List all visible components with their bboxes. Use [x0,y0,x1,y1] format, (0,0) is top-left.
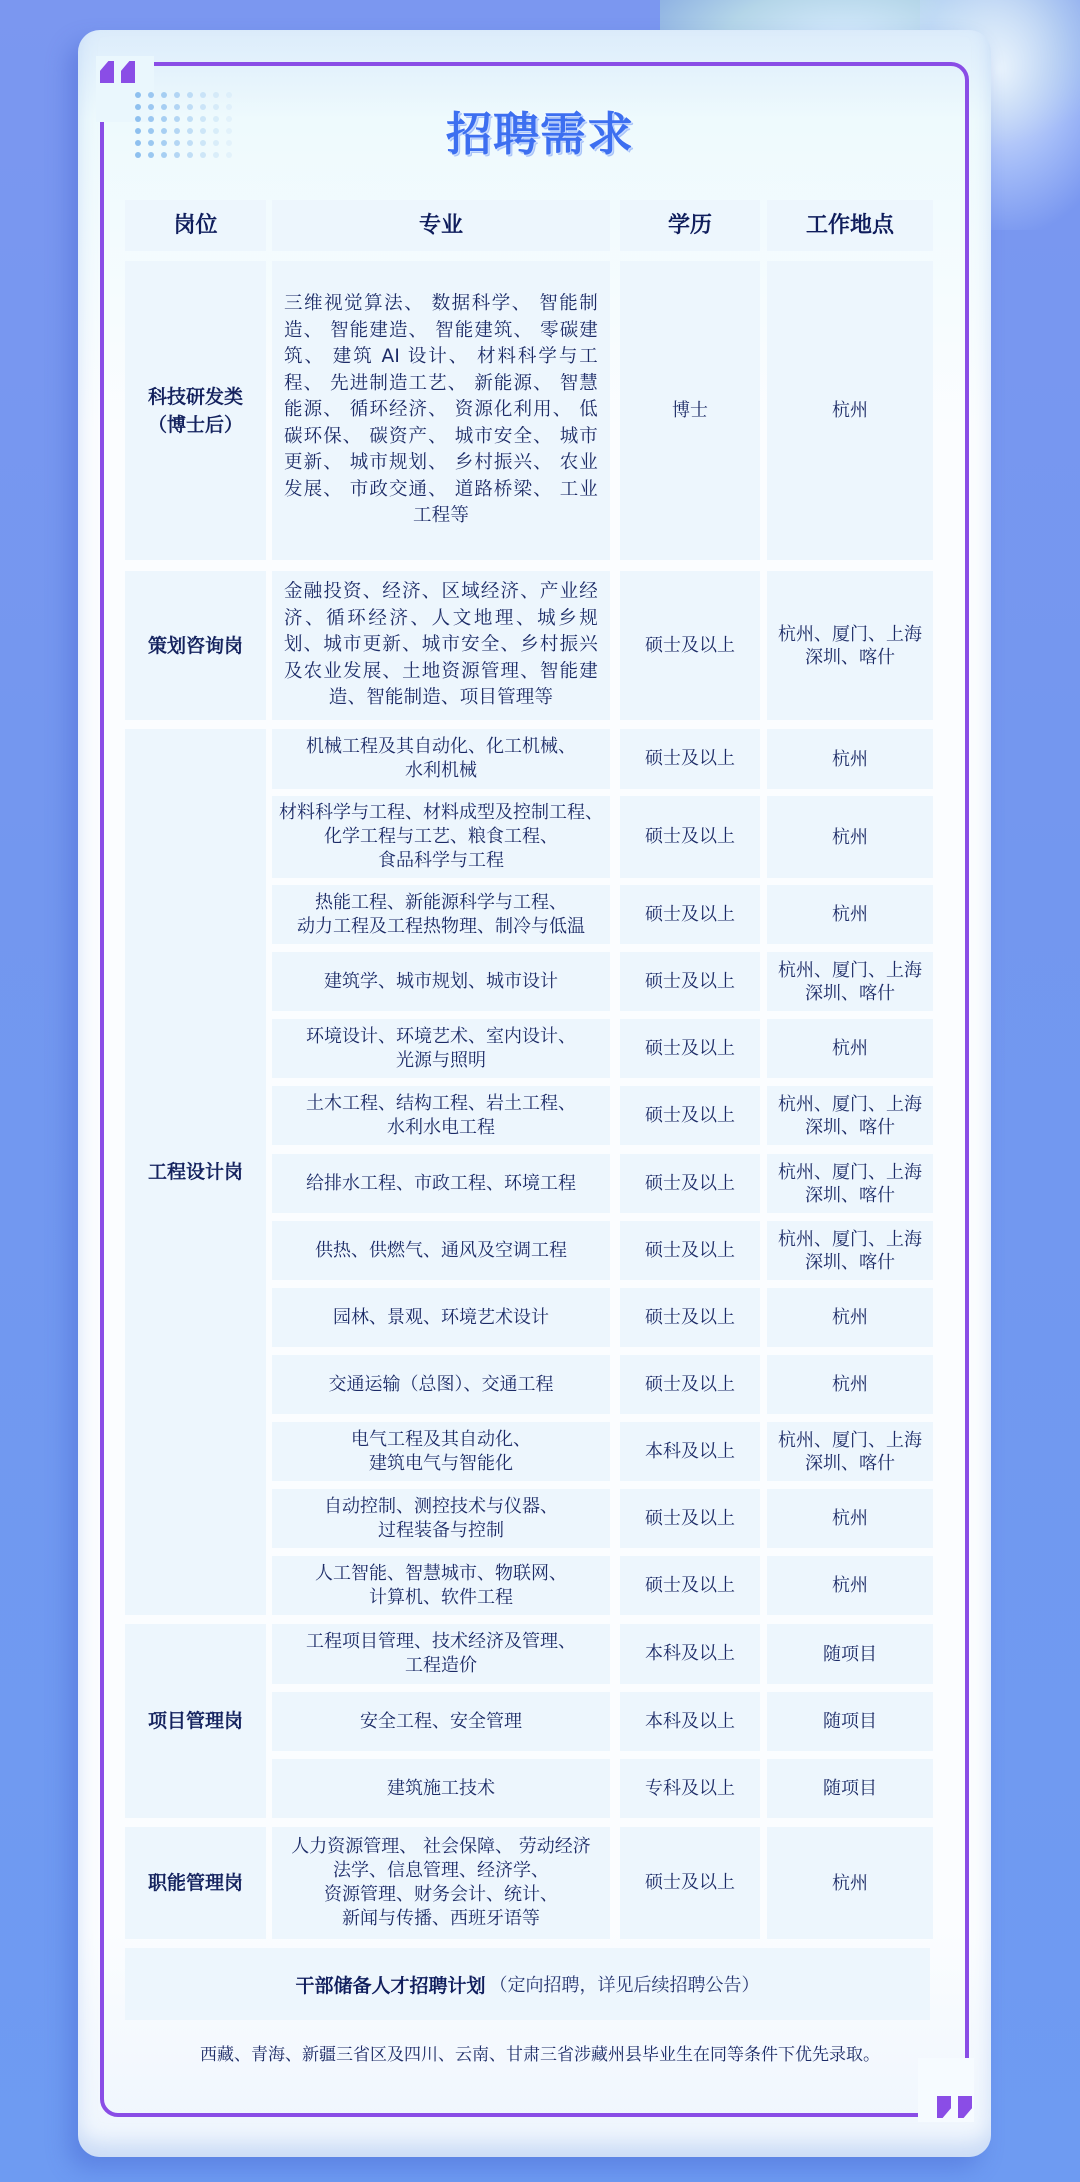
location-cell: 杭州、厦门、上海深圳、喀什 [767,952,933,1011]
table-header-major: 专业 [272,200,610,251]
location-cell: 杭州、厦门、上海深圳、喀什 [767,1154,933,1213]
location-cell: 杭州 [767,1288,933,1347]
location-cell: 随项目 [767,1624,933,1684]
cell-text-line: 建筑施工技术 [387,1777,495,1801]
cell-text-line: 法学、信息管理、经济学、 [291,1859,590,1883]
education-cell: 硕士及以上 [620,1355,760,1414]
cell-text-line: 杭州、厦门、上海 [778,1429,922,1452]
cell-text-line: 光源与照明 [306,1049,576,1073]
cell-text-line: 土木工程、结构工程、岩土工程、 [306,1092,576,1116]
cell-text-line: 工程项目管理、技术经济及管理、 [306,1630,576,1654]
cell-text-line: 杭州 [832,1373,868,1396]
cell-text-line: 杭州、厦门、上海 [778,623,922,646]
education-cell: 专科及以上 [620,1759,760,1818]
major-cell: 给排水工程、市政工程、环境工程 [272,1154,610,1213]
cadre-plan-row: 干部储备人才招聘计划 （定向招聘，详见后续招聘公告） [125,1948,930,2020]
position-cell: 策划咨询岗 [125,571,266,720]
education-cell: 硕士及以上 [620,1489,760,1548]
education-cell: 硕士及以上 [620,1154,760,1213]
cell-text-line: 动力工程及工程热物理、制冷与低温 [297,915,585,939]
location-cell: 杭州、厦门、上海深圳、喀什 [767,571,933,720]
cell-text-line: 杭州 [832,1306,868,1329]
major-cell: 三维视觉算法、 数据科学、 智能制造、 智能建造、 智能建筑、 零碳建筑、 建筑… [272,261,610,560]
education-cell: 硕士及以上 [620,1827,760,1939]
cell-text-line: 杭州 [832,903,868,926]
cadre-plan-note: （定向招聘，详见后续招聘公告） [490,1971,760,1997]
cell-text-line: 材料科学与工程、材料成型及控制工程、 [279,801,603,825]
cell-text-line: 交通运输（总图）、交通工程 [329,1373,554,1397]
location-cell: 随项目 [767,1692,933,1751]
table-header-location: 工作地点 [767,200,933,251]
cell-text-line: 新闻与传播、西班牙语等 [291,1907,590,1931]
education-cell: 硕士及以上 [620,729,760,789]
major-cell: 材料科学与工程、材料成型及控制工程、化学工程与工艺、粮食工程、食品科学与工程 [272,796,610,878]
cell-text-line: 机械工程及其自动化、化工机械、 [306,735,576,759]
location-cell: 杭州、厦门、上海深圳、喀什 [767,1221,933,1280]
table-header-education: 学历 [620,200,760,251]
major-cell: 金融投资、经济、区域经济、产业经济、循环经济、人文地理、城乡规划、城市更新、城市… [272,571,610,720]
cell-text-line: 食品科学与工程 [279,849,603,873]
cell-text-line: 杭州 [832,1872,868,1895]
cell-text-line: 电气工程及其自动化、 [351,1428,531,1452]
education-cell: 本科及以上 [620,1692,760,1751]
location-cell: 杭州 [767,1556,933,1615]
major-cell: 机械工程及其自动化、化工机械、水利机械 [272,729,610,789]
location-cell: 杭州 [767,729,933,789]
education-cell: 硕士及以上 [620,571,760,720]
location-cell: 杭州 [767,1355,933,1414]
location-cell: 杭州 [767,1019,933,1078]
location-cell: 杭州、厦门、上海深圳、喀什 [767,1422,933,1481]
cell-text-line: 深圳、喀什 [778,1184,922,1207]
cell-text-line: 安全工程、安全管理 [360,1710,522,1734]
cell-text-line: 杭州、厦门、上海 [778,1228,922,1251]
major-cell: 园林、景观、环境艺术设计 [272,1288,610,1347]
cell-text-line: 杭州、厦门、上海 [778,1093,922,1116]
education-cell: 本科及以上 [620,1624,760,1684]
education-cell: 硕士及以上 [620,1019,760,1078]
position-cell: 工程设计岗 [125,729,266,1615]
position-cell: 项目管理岗 [125,1624,266,1818]
location-cell: 随项目 [767,1759,933,1818]
major-cell: 环境设计、环境艺术、室内设计、光源与照明 [272,1019,610,1078]
cell-text-line: 环境设计、环境艺术、室内设计、 [306,1025,576,1049]
cell-text-line: 杭州、厦门、上海 [778,1161,922,1184]
cell-text-line: 深圳、喀什 [778,646,922,669]
location-cell: 杭州 [767,796,933,878]
cell-text-line: 给排水工程、市政工程、环境工程 [306,1172,576,1196]
cell-text-line: 随项目 [823,1643,877,1666]
cell-text-line: 热能工程、新能源科学与工程、 [297,891,585,915]
education-cell: 硕士及以上 [620,1221,760,1280]
cell-text-line: 科技研发类 [148,383,243,411]
major-cell: 安全工程、安全管理 [272,1692,610,1751]
cell-text-line: （博士后） [148,411,243,439]
cell-text-line: 工程造价 [306,1654,576,1678]
cell-text-line: 杭州 [832,1507,868,1530]
position-cell: 科技研发类（博士后） [125,261,266,560]
cell-text-line: 化学工程与工艺、粮食工程、 [279,825,603,849]
page-title: 招聘需求 [0,98,1080,164]
education-cell: 硕士及以上 [620,796,760,878]
major-cell: 工程项目管理、技术经济及管理、工程造价 [272,1624,610,1684]
position-cell: 职能管理岗 [125,1827,266,1939]
education-cell: 硕士及以上 [620,1556,760,1615]
education-cell: 本科及以上 [620,1422,760,1481]
cell-text-line: 深圳、喀什 [778,1452,922,1475]
major-cell: 交通运输（总图）、交通工程 [272,1355,610,1414]
education-cell: 硕士及以上 [620,1288,760,1347]
table-header-position: 岗位 [125,200,266,251]
cell-text-line: 人工智能、智慧城市、物联网、 [315,1562,567,1586]
cell-text-line: 杭州 [832,1037,868,1060]
cell-text-line: 水利水电工程 [306,1116,576,1140]
cell-text-line: 深圳、喀什 [778,1251,922,1274]
education-cell: 博士 [620,261,760,560]
education-cell: 硕士及以上 [620,885,760,944]
cell-text-line: 杭州、厦门、上海 [778,959,922,982]
major-cell: 人力资源管理、 社会保障、 劳动经济法学、信息管理、经济学、资源管理、财务会计、… [272,1827,610,1939]
major-cell: 建筑学、城市规划、城市设计 [272,952,610,1011]
location-cell: 杭州 [767,1489,933,1548]
priority-footnote: 西藏、青海、新疆三省区及四川、云南、甘肃三省涉藏州县毕业生在同等条件下优先录取。 [0,2040,1080,2065]
cell-text-line: 深圳、喀什 [778,982,922,1005]
cell-text-line: 园林、景观、环境艺术设计 [333,1306,549,1330]
major-cell: 自动控制、测控技术与仪器、过程装备与控制 [272,1489,610,1548]
cell-text-line: 建筑电气与智能化 [351,1452,531,1476]
major-cell: 供热、供燃气、通风及空调工程 [272,1221,610,1280]
location-cell: 杭州 [767,1827,933,1939]
location-cell: 杭州、厦门、上海深圳、喀什 [767,1086,933,1145]
cell-text-line: 杭州 [832,748,868,771]
major-cell: 人工智能、智慧城市、物联网、计算机、软件工程 [272,1556,610,1615]
cell-text-line: 自动控制、测控技术与仪器、 [324,1495,558,1519]
cell-text-line: 建筑学、城市规划、城市设计 [324,970,558,994]
location-cell: 杭州 [767,885,933,944]
location-cell: 杭州 [767,261,933,560]
cell-text-line: 杭州 [832,1574,868,1597]
education-cell: 硕士及以上 [620,952,760,1011]
major-cell: 建筑施工技术 [272,1759,610,1818]
cadre-plan-title: 干部储备人才招聘计划 [295,1971,485,1998]
cell-text-line: 水利机械 [306,759,576,783]
cell-text-line: 杭州 [832,826,868,849]
major-cell: 土木工程、结构工程、岩土工程、水利水电工程 [272,1086,610,1145]
education-cell: 硕士及以上 [620,1086,760,1145]
cell-text-line: 供热、供燃气、通风及空调工程 [315,1239,567,1263]
cell-text-line: 随项目 [823,1777,877,1800]
cell-text-line: 计算机、软件工程 [315,1586,567,1610]
cell-text-line: 人力资源管理、 社会保障、 劳动经济 [291,1835,590,1859]
major-cell: 电气工程及其自动化、建筑电气与智能化 [272,1422,610,1481]
major-cell: 热能工程、新能源科学与工程、动力工程及工程热物理、制冷与低温 [272,885,610,944]
cell-text-line: 深圳、喀什 [778,1116,922,1139]
cell-text-line: 资源管理、财务会计、统计、 [291,1883,590,1907]
cell-text-line: 过程装备与控制 [324,1519,558,1543]
cell-text-line: 随项目 [823,1710,877,1733]
